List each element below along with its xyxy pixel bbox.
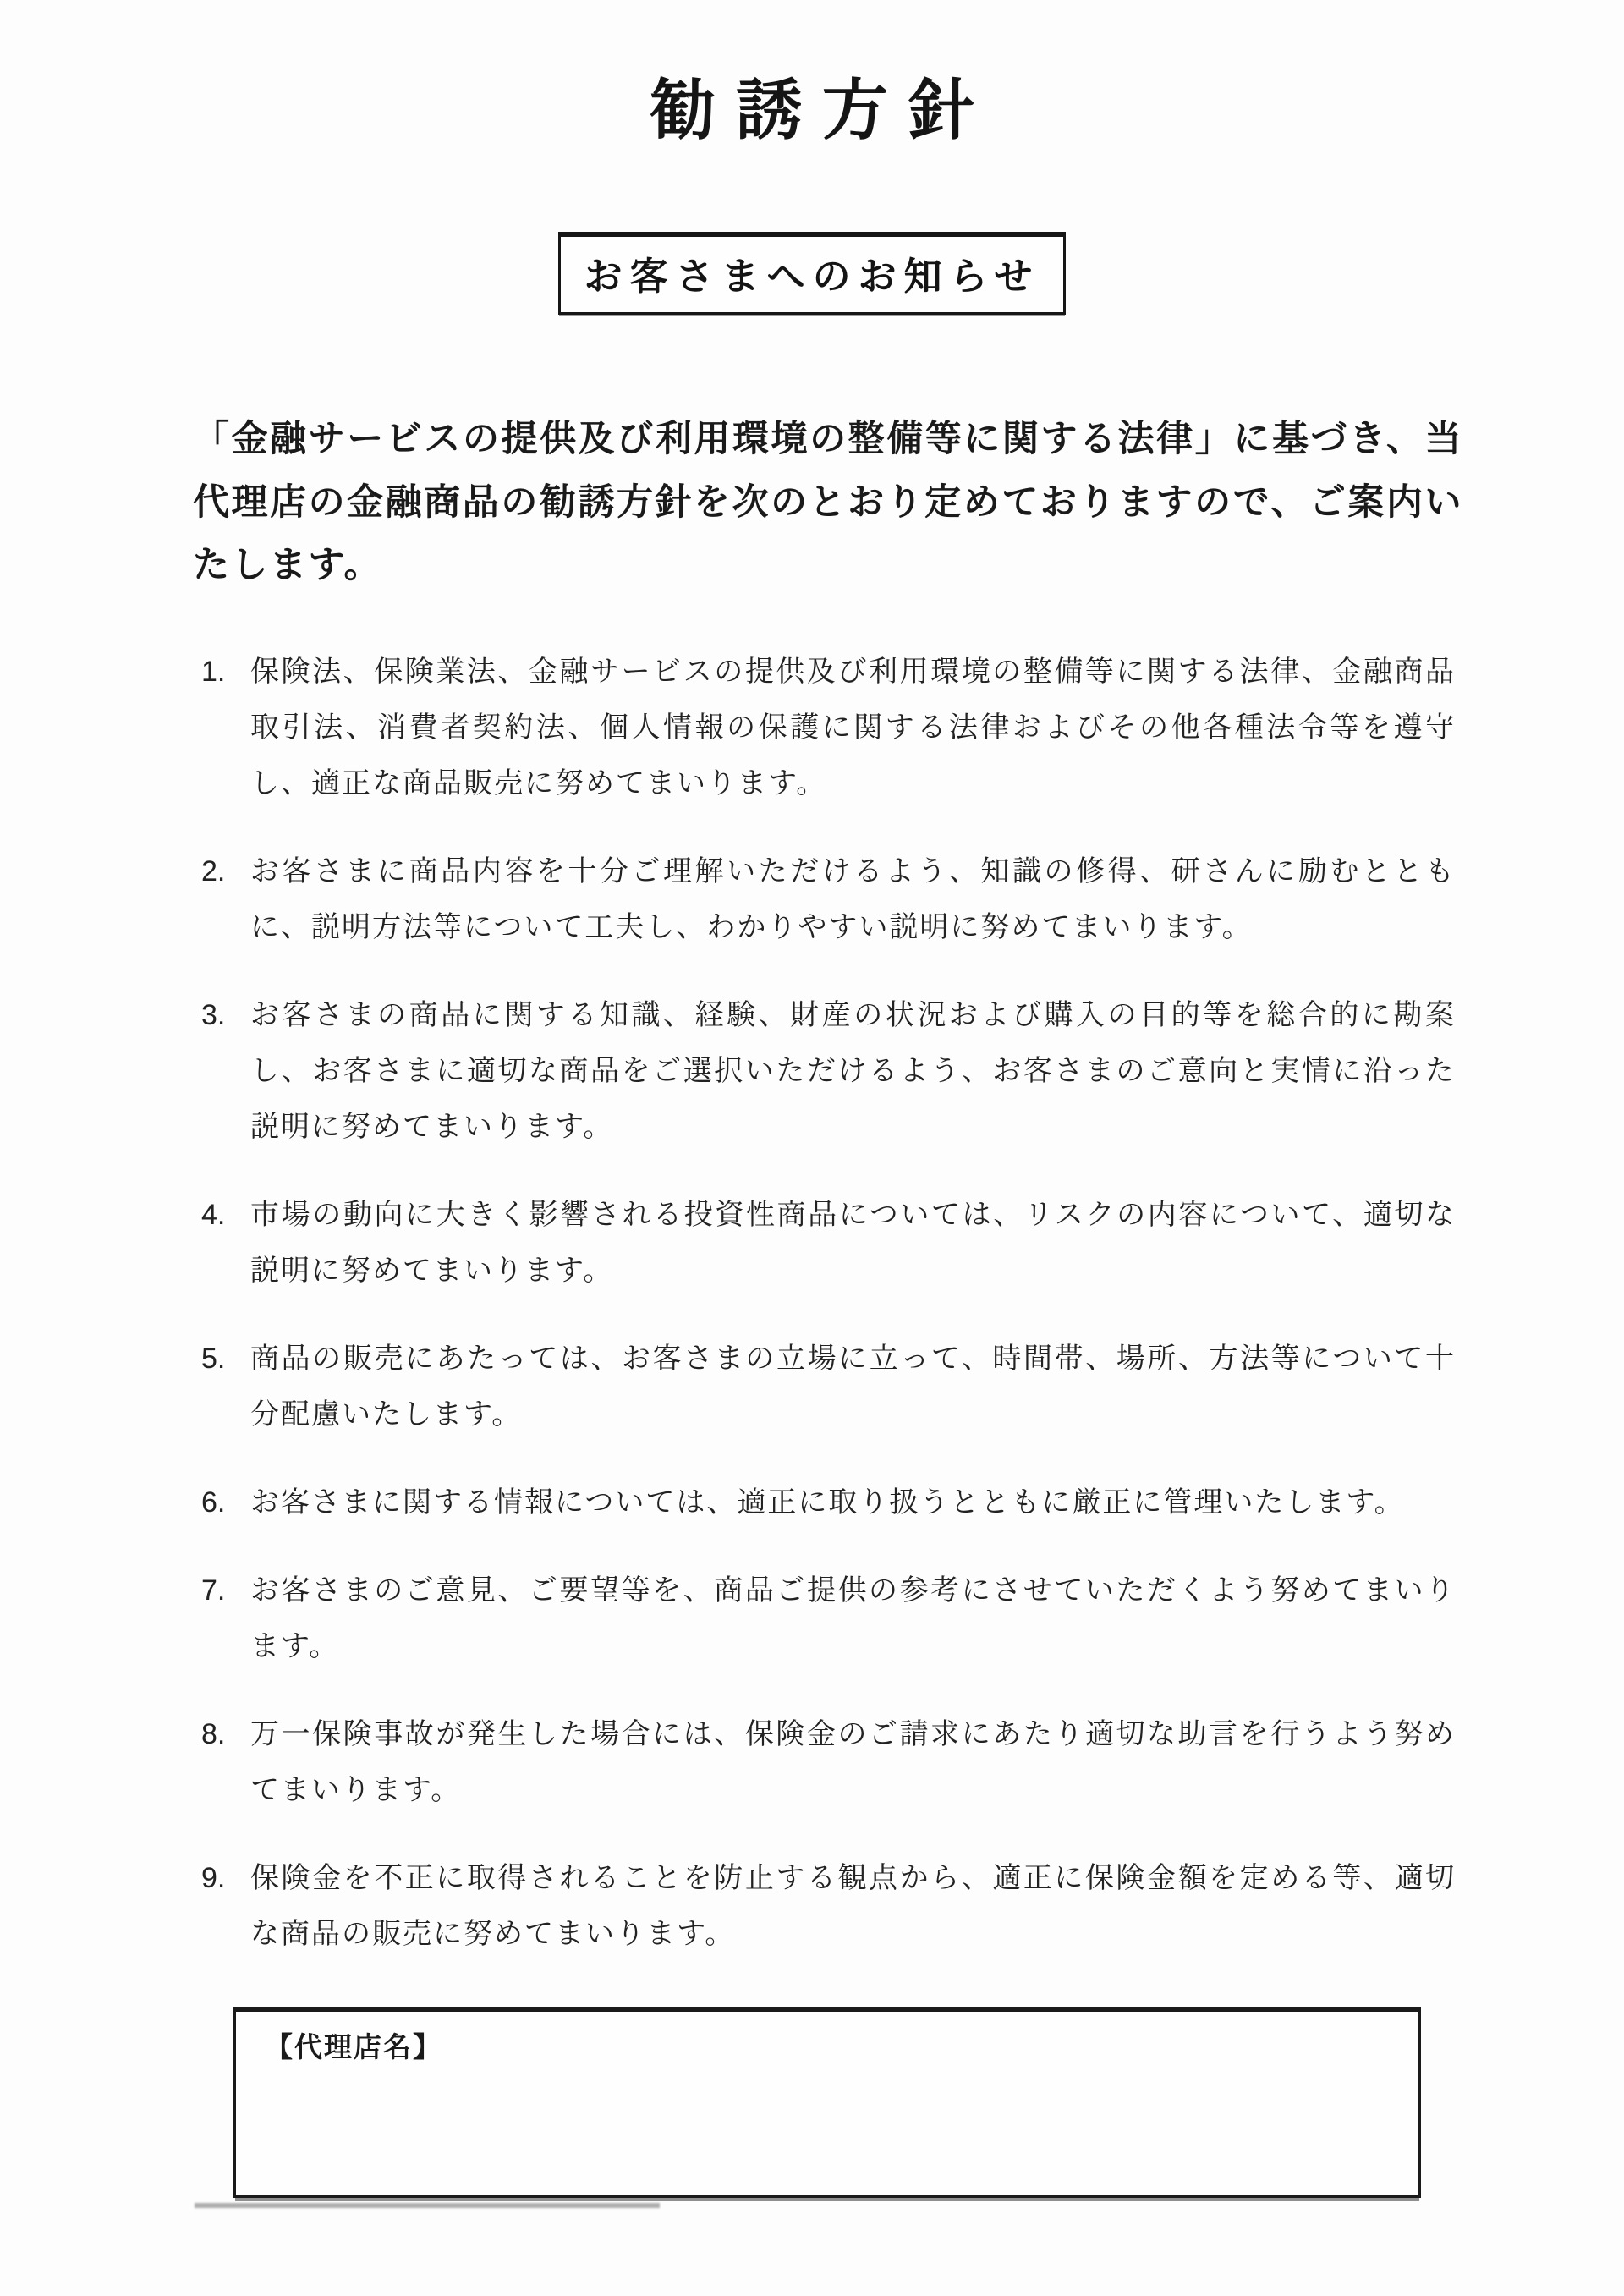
item-number: 4. xyxy=(201,1187,250,1299)
item-number: 3. xyxy=(201,987,250,1155)
scan-artifact xyxy=(195,2203,660,2208)
item-number: 8. xyxy=(201,1706,250,1818)
notice-banner-text: お客さまへのお知らせ xyxy=(584,255,1040,298)
policy-item: 9. 保険金を不正に取得されることを防止する観点から、適正に保険金額を定める等、… xyxy=(201,1850,1624,1962)
item-text: お客さまのご意見、ご要望等を、商品ご提供の参考にさせていただくよう努めてまいりま… xyxy=(250,1563,1456,1674)
item-text: お客さまに商品内容を十分ご理解いただけるよう、知識の修得、研さんに励むとともに、… xyxy=(250,843,1456,955)
item-text: お客さまに関する情報については、適正に取り扱うとともに厳正に管理いたします。 xyxy=(250,1475,1456,1530)
document-page: 勧誘方針 お客さまへのお知らせ 「金融サービスの提供及び利用環境の整備等に関する… xyxy=(0,0,1624,2296)
policy-item: 3. お客さまの商品に関する知識、経験、財産の状況および購入の目的等を総合的に勘… xyxy=(201,987,1624,1155)
item-number: 9. xyxy=(201,1850,250,1962)
policy-item: 6. お客さまに関する情報については、適正に取り扱うとともに厳正に管理いたします… xyxy=(201,1475,1624,1530)
policy-item-list: 1. 保険法、保険業法、金融サービスの提供及び利用環境の整備等に関する法律、金融… xyxy=(201,644,1624,1962)
notice-banner: お客さまへのお知らせ xyxy=(558,232,1067,315)
policy-item: 8. 万一保険事故が発生した場合には、保険金のご請求にあたり適切な助言を行うよう… xyxy=(201,1706,1624,1818)
agency-name-label: 【代理店名】 xyxy=(236,2012,1418,2065)
item-number: 1. xyxy=(201,644,250,811)
item-text: お客さまの商品に関する知識、経験、財産の状況および購入の目的等を総合的に勘案し、… xyxy=(250,987,1456,1155)
item-text: 市場の動向に大きく影響される投資性商品については、リスクの内容について、適切な説… xyxy=(250,1187,1456,1299)
intro-paragraph: 「金融サービスの提供及び利用環境の整備等に関する法律」に基づき、当代理店の金融商… xyxy=(193,408,1463,597)
policy-item: 1. 保険法、保険業法、金融サービスの提供及び利用環境の整備等に関する法律、金融… xyxy=(201,644,1624,811)
policy-item: 4. 市場の動向に大きく影響される投資性商品については、リスクの内容について、適… xyxy=(201,1187,1624,1299)
item-text: 保険金を不正に取得されることを防止する観点から、適正に保険金額を定める等、適切な… xyxy=(250,1850,1456,1962)
item-number: 6. xyxy=(201,1475,250,1530)
notice-banner-row: お客さまへのお知らせ xyxy=(0,232,1624,315)
item-number: 7. xyxy=(201,1563,250,1674)
item-text: 保険法、保険業法、金融サービスの提供及び利用環境の整備等に関する法律、金融商品取… xyxy=(250,644,1456,811)
policy-item: 2. お客さまに商品内容を十分ご理解いただけるよう、知識の修得、研さんに励むとと… xyxy=(201,843,1624,955)
item-number: 5. xyxy=(201,1331,250,1442)
policy-item: 7. お客さまのご意見、ご要望等を、商品ご提供の参考にさせていただくよう努めてま… xyxy=(201,1563,1624,1674)
agency-name-box: 【代理店名】 xyxy=(233,2007,1421,2198)
item-number: 2. xyxy=(201,843,250,955)
policy-item: 5. 商品の販売にあたっては、お客さまの立場に立って、時間帯、場所、方法等につい… xyxy=(201,1331,1624,1442)
item-text: 万一保険事故が発生した場合には、保険金のご請求にあたり適切な助言を行うよう努めて… xyxy=(250,1706,1456,1818)
document-title: 勧誘方針 xyxy=(0,0,1624,147)
item-text: 商品の販売にあたっては、お客さまの立場に立って、時間帯、場所、方法等について十分… xyxy=(250,1331,1456,1442)
